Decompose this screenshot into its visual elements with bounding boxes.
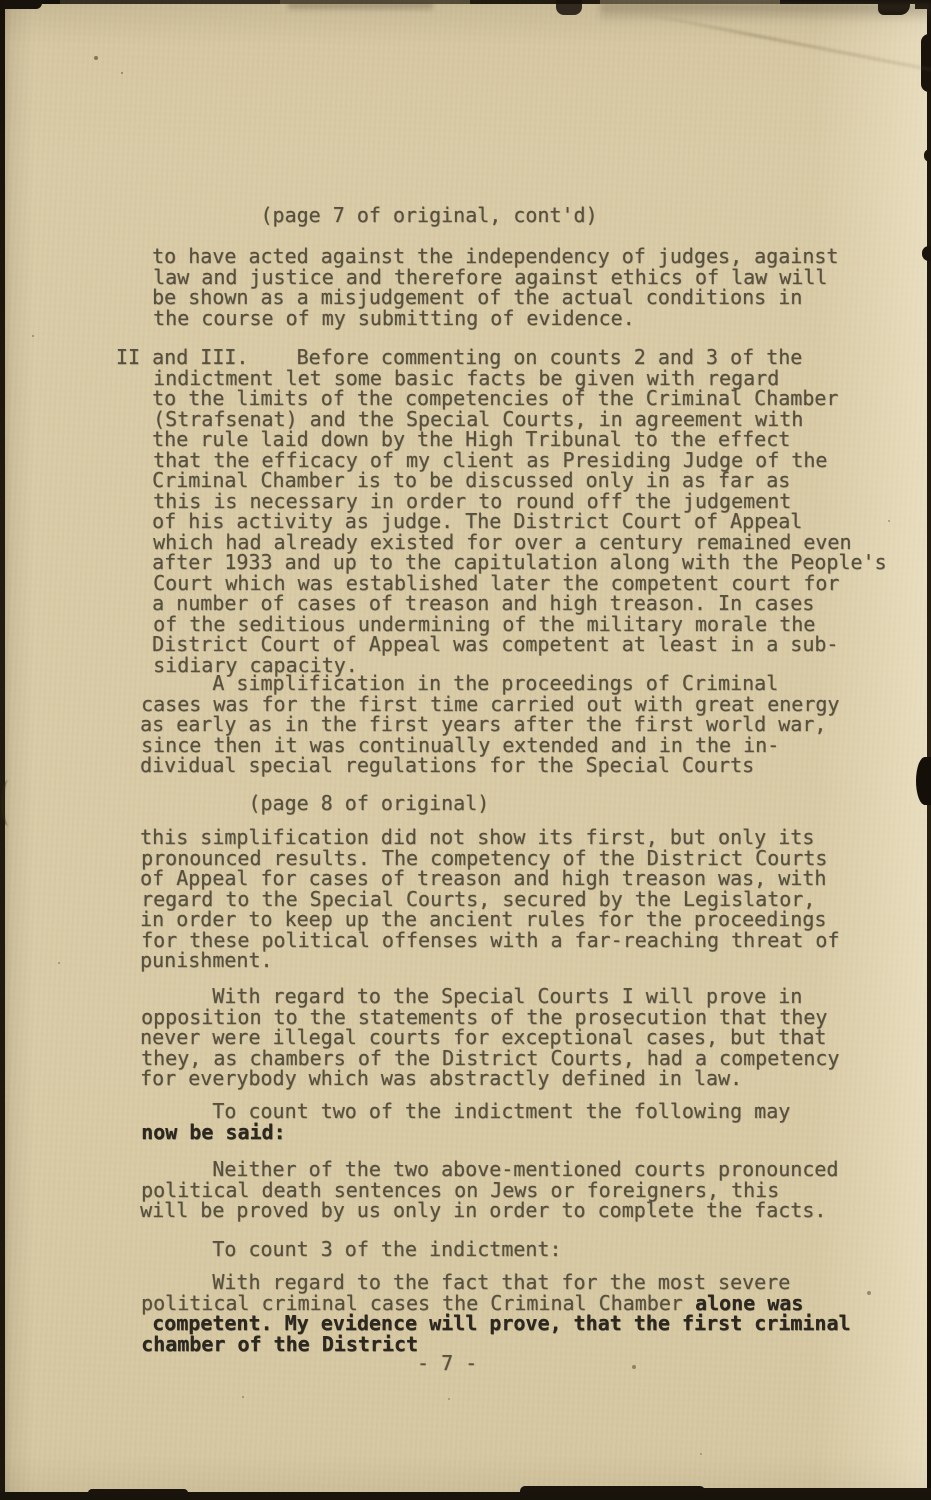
document-line: in order to keep up the ancient rules fo… [116, 909, 838, 930]
text-run: law and justice and therefore against et… [117, 265, 827, 289]
text-run: political criminal cases the Criminal Ch… [117, 1291, 695, 1315]
document-line: pronounced results. The competency of th… [117, 848, 839, 869]
document-line: now be said: [117, 1122, 791, 1143]
text-run: this is necessary in order to round off … [117, 489, 791, 513]
text-run: will be proved by us only in order to co… [116, 1198, 826, 1222]
document-line: political death sentences on Jews or for… [117, 1180, 839, 1201]
scan-edge-bottom-bump3 [700, 1488, 931, 1494]
text-run: of the seditious undermining of the mili… [117, 612, 815, 636]
text-run: cases was for the first time carried out… [117, 692, 839, 716]
document-line: to have acted against the independency o… [116, 246, 838, 267]
paper-curl-mark [1, 780, 16, 826]
text-run: for these political offenses with a far-… [117, 928, 839, 952]
paragraph-special-courts: With regard to the Special Courts I will… [116, 986, 838, 1089]
document-text: (page 7 of original, cont'd) to have act… [116, 0, 931, 1500]
document-line: To count 3 of the indictment: [116, 1239, 562, 1260]
bold-text-run: now be said: [141, 1120, 286, 1144]
ink-blot-top-center [556, 0, 582, 15]
document-line: this simplification did not show its fir… [116, 827, 838, 848]
document-line: that the efficacy of my client as Presid… [117, 450, 888, 471]
document-line: Neither of the two above-mentioned court… [116, 1159, 838, 1180]
paragraph-neither-courts: Neither of the two above-mentioned court… [116, 1159, 838, 1221]
text-run: (page 7 of original, cont'd) [116, 203, 598, 227]
page8-header: (page 8 of original) [116, 793, 489, 814]
document-line: Criminal Chamber is to be discussed only… [116, 470, 887, 491]
document-line: (page 8 of original) [116, 793, 489, 814]
paper-specks [0, 0, 2, 2]
scan-edge-left [0, 0, 5, 1500]
text-run: the course of my submitting of evidence. [117, 306, 635, 330]
document-line: - 7 - [116, 1353, 477, 1374]
scan-edge-top [0, 0, 931, 4]
text-run: for everybody which was abstractly defin… [116, 1066, 742, 1090]
edge-blob-right-upper [921, 34, 931, 92]
ink-blot-top-right [878, 0, 910, 15]
section-counts-2-and-3: II and III. Before commenting on counts … [116, 347, 887, 675]
document-line: Court which was established later the co… [117, 573, 888, 594]
document-line: of his activity as judge. The District C… [116, 511, 887, 532]
document-line: punishment. [116, 950, 838, 971]
document-line: law and justice and therefore against et… [117, 267, 839, 288]
document-line: opposition to the statements of the pros… [117, 1007, 839, 1028]
text-run: pronounced results. The competency of th… [117, 846, 827, 870]
document-line: which had already existed for over a cen… [117, 532, 888, 553]
document-line: A simplification in the proceedings of C… [116, 673, 838, 694]
text-run: (page 8 of original) [116, 791, 489, 815]
document-line: (page 7 of original, cont'd) [116, 205, 598, 226]
document-line: II and III. Before commenting on counts … [116, 347, 887, 368]
document-line: be shown as a misjudgement of the actual… [116, 287, 838, 308]
paragraph-simplification: A simplification in the proceedings of C… [116, 673, 838, 776]
text-run: they, as chambers of the District Courts… [117, 1046, 839, 1070]
ink-blot-top-corner [915, 0, 931, 9]
document-line: since then it was continually extended a… [117, 735, 839, 756]
paragraph-pronounced-results: this simplification did not show its fir… [116, 827, 838, 971]
text-run: political death sentences on Jews or for… [117, 1178, 779, 1202]
scan-edge-top-left [0, 0, 42, 9]
text-run: punishment. [116, 948, 273, 972]
scanned-document-page: (page 7 of original, cont'd) to have act… [0, 0, 931, 1500]
paragraph-independency: to have acted against the independency o… [116, 246, 838, 328]
document-line: for everybody which was abstractly defin… [116, 1068, 838, 1089]
scan-edge-bottom-bump2 [88, 1489, 188, 1494]
scan-edge-right [927, 0, 931, 1500]
text-run: opposition to the statements of the pros… [117, 1005, 827, 1029]
text-run: since then it was continually extended a… [117, 733, 779, 757]
document-line: for these political offenses with a far-… [117, 930, 839, 951]
edge-wedge-right [916, 757, 931, 805]
edge-blob-right-lower [922, 246, 931, 261]
bold-text-run: alone was [695, 1291, 803, 1315]
document-line: With regard to the fact that for the mos… [116, 1272, 851, 1293]
document-line: cases was for the first time carried out… [117, 694, 839, 715]
text-run: which had already existed for over a cen… [117, 530, 852, 554]
paragraph-count-two-intro: To count two of the indictment the follo… [116, 1101, 790, 1142]
document-line: political criminal cases the Criminal Ch… [117, 1293, 852, 1314]
document-line: never were illegal courts for exceptiona… [116, 1027, 838, 1048]
text-run: To count 3 of the indictment: [116, 1237, 562, 1261]
document-line: the rule laid down by the High Tribunal … [116, 429, 887, 450]
document-line: to the limits of the competencies of the… [116, 388, 887, 409]
text-run: dividual special regulations for the Spe… [116, 753, 754, 777]
text-run: Court which was established later the co… [117, 571, 839, 595]
page7-continuation-header: (page 7 of original, cont'd) [116, 205, 598, 226]
document-line: after 1933 and up to the capitulation al… [116, 552, 887, 573]
document-line: the course of my submitting of evidence. [117, 308, 839, 329]
document-line: they, as chambers of the District Courts… [117, 1048, 839, 1069]
text-run: (Strafsenat) and the Special Courts, in … [117, 407, 803, 431]
document-line: as early as in the first years after the… [116, 714, 838, 735]
text-run: indictment let some basic facts be given… [117, 366, 779, 390]
document-line: dividual special regulations for the Spe… [116, 755, 838, 776]
text-run: that the efficacy of my client as Presid… [117, 448, 827, 472]
document-line: (Strafsenat) and the Special Courts, in … [117, 409, 888, 430]
paragraph-criminal-chamber: With regard to the fact that for the mos… [116, 1272, 851, 1354]
document-line: To count two of the indictment the follo… [116, 1101, 790, 1122]
text-run [117, 1120, 141, 1144]
page-number: - 7 - [116, 1353, 477, 1374]
paragraph-count-three-intro: To count 3 of the indictment: [116, 1239, 562, 1260]
document-line: indictment let some basic facts be given… [117, 368, 888, 389]
text-run: regard to the Special Courts, secured by… [117, 887, 815, 911]
document-line: With regard to the Special Courts I will… [116, 986, 838, 1007]
document-line: competent. My evidence will prove, that … [116, 1313, 851, 1334]
document-line: of the seditious undermining of the mili… [117, 614, 888, 635]
document-line: a number of cases of treason and high tr… [116, 593, 887, 614]
document-line: will be proved by us only in order to co… [116, 1200, 838, 1221]
document-line: District Court of Appeal was competent a… [116, 634, 887, 655]
document-line: this is necessary in order to round off … [117, 491, 888, 512]
scan-edge-bottom-bump [520, 1486, 705, 1494]
document-line: of Appeal for cases of treason and high … [116, 868, 838, 889]
edge-blob-right-mid [924, 149, 931, 162]
text-run: - 7 - [116, 1351, 477, 1375]
document-line: regard to the Special Courts, secured by… [117, 889, 839, 910]
